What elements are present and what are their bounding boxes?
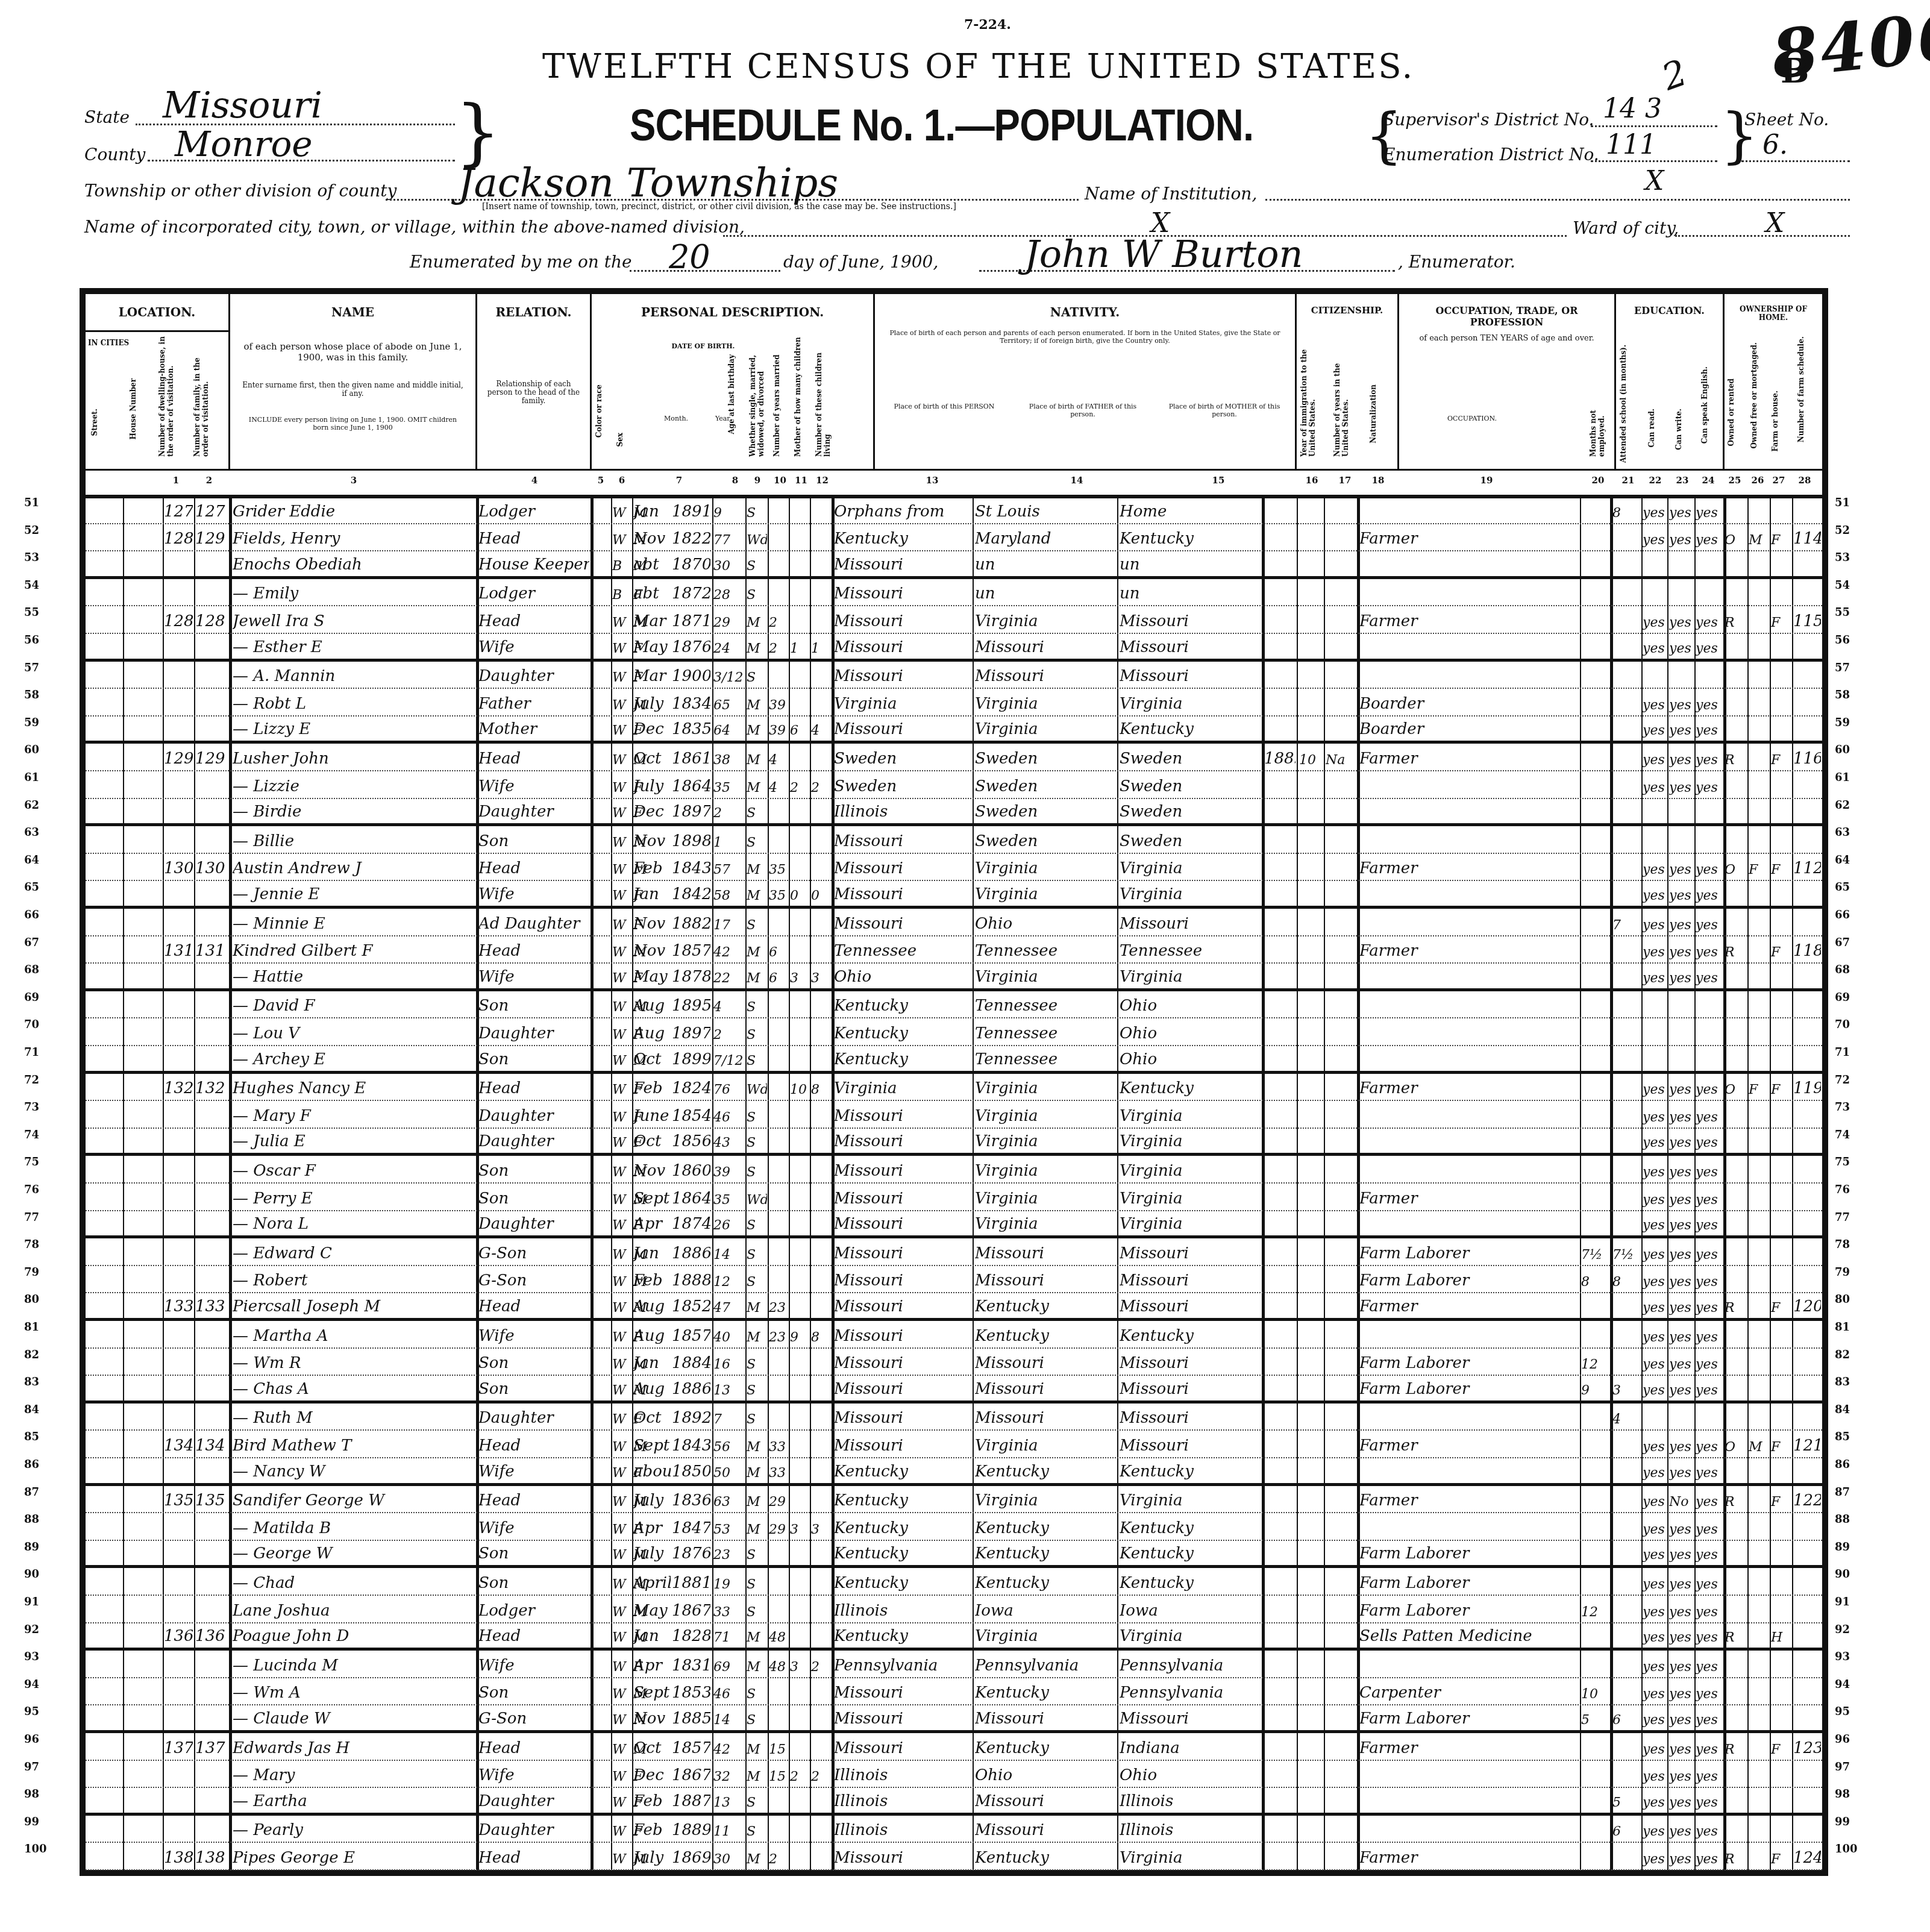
cell-yr: 1861 — [672, 744, 710, 770]
cell-sch — [1612, 1293, 1640, 1318]
cell-yus — [1299, 799, 1323, 824]
cell-fh — [1771, 1761, 1791, 1787]
line-number: 61 — [24, 771, 39, 784]
cell-fbp: Maryland — [975, 524, 1116, 551]
cell-fm — [1749, 1266, 1769, 1293]
line-number: 68 — [24, 964, 39, 976]
cell-fam — [195, 579, 228, 606]
cell-sch: 3 — [1612, 1376, 1640, 1400]
cell-rd: yes — [1643, 881, 1667, 906]
cell-mar: M — [747, 1293, 767, 1318]
cell-own — [1725, 1458, 1746, 1483]
cell-rd: yes — [1643, 497, 1667, 523]
cell-mo_ch — [790, 579, 809, 606]
cell-liv — [811, 579, 830, 606]
cell-nat — [1326, 1101, 1356, 1128]
cell-rel: Head — [478, 524, 589, 551]
cell-sch — [1612, 799, 1640, 824]
cell-yr: 1857 — [672, 1321, 710, 1347]
table-row: 127127Grider EddieLodgerWMJan18919SOrpha… — [86, 497, 1822, 524]
table-row: — Edward CG-SonWMJan188614SMissouriMisso… — [86, 1238, 1822, 1266]
cell-occ — [1359, 579, 1579, 606]
cell-name: — Julia E — [233, 1129, 474, 1153]
cell-fbp: Virginia — [975, 1184, 1116, 1210]
cell-fm — [1749, 1238, 1769, 1265]
cell-own — [1725, 1046, 1746, 1071]
cell-col: W — [612, 1129, 631, 1153]
cell-fh — [1771, 909, 1791, 935]
cell-fh — [1771, 1046, 1791, 1071]
line-number: 80 — [1835, 1293, 1850, 1306]
cell-dw — [164, 717, 193, 741]
cell-yr: 1864 — [672, 1184, 710, 1210]
cell-en: yes — [1696, 1816, 1722, 1842]
cell-unemp — [1581, 936, 1609, 963]
cell-col: W — [612, 1486, 631, 1513]
cell-bp: Illinois — [834, 1788, 971, 1813]
cell-yus — [1299, 1018, 1323, 1045]
cell-col: W — [612, 854, 631, 880]
cell-bp: Missouri — [834, 634, 971, 659]
cell-mar: S — [747, 909, 767, 935]
line-number: 71 — [1835, 1046, 1850, 1059]
cell-nat — [1326, 1184, 1356, 1210]
cell-liv — [811, 662, 830, 688]
cell-dw — [164, 909, 193, 935]
cell-fm — [1749, 1458, 1769, 1483]
cell-occ: Farmer — [1359, 1184, 1579, 1210]
cell-liv: 3 — [811, 1513, 830, 1540]
cell-fh — [1771, 1349, 1791, 1375]
cell-fam: 129 — [195, 744, 228, 770]
cell-own — [1725, 634, 1746, 659]
cell-occ: Farm Laborer — [1359, 1266, 1579, 1293]
cell-imm — [1264, 551, 1296, 576]
cell-name: Austin Andrew J — [233, 854, 474, 880]
cell-occ: Farmer — [1359, 524, 1579, 551]
cell-mbp: Sweden — [1120, 799, 1261, 824]
cell-nat — [1326, 1596, 1356, 1622]
cell-rel: Son — [478, 1376, 589, 1400]
line-number: 99 — [1835, 1816, 1850, 1828]
cell-wr: yes — [1669, 964, 1693, 988]
table-row: Lane JoshuaLodgerWMMay186733SIllinoisIow… — [86, 1596, 1822, 1623]
cell-mo_ch — [790, 854, 809, 880]
cell-rd: yes — [1643, 1211, 1667, 1236]
line-number: 61 — [1835, 771, 1850, 784]
cell-rel: Son — [478, 1046, 589, 1071]
cell-fam: 127 — [195, 497, 228, 523]
cell-fm: F — [1749, 854, 1769, 880]
cell-sch: 6 — [1612, 1705, 1640, 1730]
table-row: — Wm ASonWMSept185346SMissouriKentuckyPe… — [86, 1678, 1822, 1706]
cell-age: 76 — [713, 1074, 745, 1100]
cell-dw — [164, 991, 193, 1018]
cell-col: W — [612, 1349, 631, 1375]
cell-mbp: Missouri — [1120, 1431, 1261, 1457]
cell-mar: S — [747, 991, 767, 1018]
cell-mar: S — [747, 1678, 767, 1705]
line-number: 79 — [24, 1266, 39, 1279]
cell-fs — [1793, 551, 1821, 576]
cell-wr: yes — [1669, 689, 1693, 715]
cell-yr: 1886 — [672, 1376, 710, 1400]
cell-ym — [769, 1376, 788, 1400]
cell-fh — [1771, 964, 1791, 988]
cell-yus — [1299, 964, 1323, 988]
cell-yus — [1299, 1046, 1323, 1071]
cell-sch — [1612, 1761, 1640, 1787]
cell-mbp: Kentucky — [1120, 1458, 1261, 1483]
cell-fh — [1771, 1513, 1791, 1540]
cell-ym: 15 — [769, 1733, 788, 1760]
cell-fh — [1771, 1705, 1791, 1730]
cell-liv — [811, 1101, 830, 1128]
cell-fam — [195, 1184, 228, 1210]
table-row: — Esther EWifeWFMay187624M211MissouriMis… — [86, 634, 1822, 662]
cell-en: yes — [1696, 1541, 1722, 1566]
cell-bp: Virginia — [834, 1074, 971, 1100]
cell-nat — [1326, 1788, 1356, 1813]
cell-unemp — [1581, 1129, 1609, 1153]
cell-yus — [1299, 1211, 1323, 1236]
cell-fbp: Kentucky — [975, 1678, 1116, 1705]
table-row: — Julia EDaughterWFOct185643SMissouriVir… — [86, 1129, 1822, 1156]
line-number: 72 — [1835, 1074, 1850, 1087]
cell-col: W — [612, 717, 631, 741]
line-number: 91 — [24, 1596, 39, 1608]
line-number: 95 — [24, 1705, 39, 1718]
cell-mar: S — [747, 1705, 767, 1730]
cell-fs: 112 — [1793, 854, 1821, 880]
cell-bp: Illinois — [834, 1816, 971, 1842]
cell-ym: 2 — [769, 1843, 788, 1869]
cell-sch — [1612, 1431, 1640, 1457]
cell-fs — [1793, 1596, 1821, 1622]
cell-dw — [164, 689, 193, 715]
cell-nat — [1326, 689, 1356, 715]
cell-fh — [1771, 991, 1791, 1018]
cell-fh: F — [1771, 1486, 1791, 1513]
cell-wr: yes — [1669, 936, 1693, 963]
cell-nat — [1326, 1733, 1356, 1760]
cell-own: R — [1725, 744, 1746, 770]
cell-fh — [1771, 579, 1791, 606]
cell-sch — [1612, 1513, 1640, 1540]
cell-fh — [1771, 1568, 1791, 1595]
cell-mar: M — [747, 881, 767, 906]
cell-fbp: Kentucky — [975, 1458, 1116, 1483]
cell-imm — [1264, 1101, 1296, 1128]
cell-age: 12 — [713, 1266, 745, 1293]
cell-fam: 137 — [195, 1733, 228, 1760]
cell-yr: 1860 — [672, 1156, 710, 1182]
cell-nat — [1326, 717, 1356, 741]
line-number: 77 — [24, 1211, 39, 1224]
cell-wr: yes — [1669, 1733, 1693, 1760]
cell-fs — [1793, 1705, 1821, 1730]
cell-age: 69 — [713, 1651, 745, 1677]
cell-bp: Missouri — [834, 606, 971, 633]
cell-bp: Kentucky — [834, 1541, 971, 1566]
cell-nat — [1326, 1761, 1356, 1787]
cell-rel: Son — [478, 1184, 589, 1210]
cell-mbp: un — [1120, 579, 1261, 606]
cell-occ: Sells Patten Medicine — [1359, 1623, 1579, 1648]
table-row: — EmilyLodgerBFabt187228SMissouriunun — [86, 579, 1822, 607]
cell-yus — [1299, 606, 1323, 633]
cell-fs: 123 — [1793, 1733, 1821, 1760]
cell-mo_ch: 3 — [790, 964, 809, 988]
cell-wr: yes — [1669, 1596, 1693, 1622]
cell-fs — [1793, 1211, 1821, 1236]
cell-ym — [769, 1349, 788, 1375]
cell-nat — [1326, 1321, 1356, 1347]
cell-bp: Pennsylvania — [834, 1651, 971, 1677]
cell-dw: 128 — [164, 606, 193, 633]
cell-mo: Mar — [633, 606, 671, 633]
cell-own: O — [1725, 1074, 1746, 1100]
cell-fbp: Missouri — [975, 1816, 1116, 1842]
cell-yus — [1299, 1651, 1323, 1677]
line-number: 66 — [1835, 909, 1850, 921]
cell-fs — [1793, 799, 1821, 824]
cell-mo_ch: 0 — [790, 881, 809, 906]
cell-liv — [811, 1541, 830, 1566]
cell-ym — [769, 1788, 788, 1813]
cell-col: W — [612, 1458, 631, 1483]
cell-occ — [1359, 1018, 1579, 1045]
cell-dw: 130 — [164, 854, 193, 880]
line-number: 94 — [1835, 1678, 1850, 1691]
cell-mo_ch — [790, 1129, 809, 1153]
cell-nat — [1326, 771, 1356, 798]
cell-imm — [1264, 1513, 1296, 1540]
cell-mo_ch: 3 — [790, 1651, 809, 1677]
cell-wr: yes — [1669, 1074, 1693, 1100]
cell-name: Poague John D — [233, 1623, 474, 1648]
table-row: — BillieSonWMNov18981SMissouriSwedenSwed… — [86, 826, 1822, 854]
supervisor-value: 14 3 — [1603, 93, 1662, 124]
cell-bp: Missouri — [834, 1404, 971, 1430]
cell-dw — [164, 1018, 193, 1045]
cell-sch — [1612, 1046, 1640, 1071]
cell-fbp: Sweden — [975, 826, 1116, 853]
cell-rel: Wife — [478, 1761, 589, 1787]
cell-mar: M — [747, 606, 767, 633]
table-row: — Nora LDaughterWFApr187426SMissouriVirg… — [86, 1211, 1822, 1239]
line-number: 70 — [24, 1018, 39, 1031]
cell-ym — [769, 1101, 788, 1128]
cell-sch: 4 — [1612, 1404, 1640, 1430]
cell-unemp: 5 — [1581, 1705, 1609, 1730]
cell-fam — [195, 717, 228, 741]
cell-rd: yes — [1643, 606, 1667, 633]
cell-fh — [1771, 1211, 1791, 1236]
cell-mo: Dec — [633, 799, 671, 824]
cell-mar: S — [747, 1816, 767, 1842]
cell-en: yes — [1696, 1349, 1722, 1375]
line-number: 87 — [24, 1486, 39, 1499]
cell-mbp: Missouri — [1120, 662, 1261, 688]
cell-name: — Robert — [233, 1266, 474, 1293]
cell-unemp — [1581, 1761, 1609, 1787]
cell-mar: S — [747, 826, 767, 853]
cell-rd: yes — [1643, 1761, 1667, 1787]
cell-fs — [1793, 1761, 1821, 1787]
cell-rd: yes — [1643, 1513, 1667, 1540]
cell-fh: F — [1771, 854, 1791, 880]
cell-fm: F — [1749, 1074, 1769, 1100]
cell-fm — [1749, 1733, 1769, 1760]
cell-mar: S — [747, 1404, 767, 1430]
cell-unemp — [1581, 497, 1609, 523]
cell-fm — [1749, 799, 1769, 824]
cell-yus — [1299, 524, 1323, 551]
cell-age: 7/12 — [713, 1046, 745, 1071]
cell-wr: yes — [1669, 1651, 1693, 1677]
cell-age: 17 — [713, 909, 745, 935]
cell-liv — [811, 1816, 830, 1842]
cell-mar: Wd — [747, 524, 767, 551]
cell-age: 13 — [713, 1788, 745, 1813]
cell-occ: Farmer — [1359, 606, 1579, 633]
table-row: — Lizzy EMotherWFDec183564M3964MissouriV… — [86, 717, 1822, 744]
cell-en: yes — [1696, 1266, 1722, 1293]
cell-col: W — [612, 662, 631, 688]
cell-fam — [195, 1266, 228, 1293]
table-row: — Archey ESonWMOct18997/12SKentuckyTenne… — [86, 1046, 1822, 1074]
cell-mar: M — [747, 717, 767, 741]
cell-en: yes — [1696, 1074, 1722, 1100]
cell-wr — [1669, 1404, 1693, 1430]
enumerated-suffix: day of June, 1900, — [783, 252, 938, 272]
cell-own — [1725, 799, 1746, 824]
cell-nat — [1326, 1293, 1356, 1318]
nativity-header: NATIVITY. Place of birth of each person … — [875, 294, 1297, 469]
cell-own — [1725, 1761, 1746, 1787]
cell-sch — [1612, 606, 1640, 633]
table-row: 133133Piercsall Joseph MHeadWMAug185247M… — [86, 1293, 1822, 1321]
population-table: LOCATION. IN CITIES NAME of each person … — [80, 288, 1828, 1876]
cell-age: 42 — [713, 1733, 745, 1760]
cell-unemp — [1581, 1513, 1609, 1540]
table-row: Enochs ObediahHouse KeeperBMabt187030SMi… — [86, 551, 1822, 579]
cell-nat — [1326, 1816, 1356, 1842]
cell-col: W — [612, 1238, 631, 1265]
cell-ym: 33 — [769, 1458, 788, 1483]
cell-unemp — [1581, 1321, 1609, 1347]
table-row: 136136Poague John DHeadWMJan182871M48Ken… — [86, 1623, 1822, 1651]
cell-mo_ch — [790, 1211, 809, 1236]
cell-en: yes — [1696, 1843, 1722, 1869]
cell-wr — [1669, 1046, 1693, 1071]
cell-age: 28 — [713, 579, 745, 606]
cell-wr: No — [1669, 1486, 1693, 1513]
cell-bp: Virginia — [834, 689, 971, 715]
cell-age: 14 — [713, 1705, 745, 1730]
cell-mo: Feb — [633, 1816, 671, 1842]
cell-dw — [164, 1761, 193, 1787]
cell-imm — [1264, 1238, 1296, 1265]
line-number: 53 — [1835, 551, 1850, 564]
cell-rd: yes — [1643, 936, 1667, 963]
cell-fh — [1771, 497, 1791, 523]
cell-yr: 1898 — [672, 826, 710, 853]
cell-mar: Wd — [747, 1074, 767, 1100]
cell-yr: 1857 — [672, 1733, 710, 1760]
cell-occ: Farmer — [1359, 1733, 1579, 1760]
cell-unemp — [1581, 1788, 1609, 1813]
cell-age: 16 — [713, 1349, 745, 1375]
cell-fs — [1793, 662, 1821, 688]
cell-rel: Head — [478, 854, 589, 880]
cell-dw — [164, 1101, 193, 1128]
cell-col: W — [612, 1568, 631, 1595]
cell-liv: 2 — [811, 1761, 830, 1787]
cell-wr — [1669, 1018, 1693, 1045]
cell-sch — [1612, 1184, 1640, 1210]
cell-yr: 1897 — [672, 1018, 710, 1045]
cell-imm — [1264, 964, 1296, 988]
cell-fam — [195, 634, 228, 659]
cell-fbp: Kentucky — [975, 1568, 1116, 1595]
cell-age: 38 — [713, 744, 745, 770]
cell-rel: Son — [478, 1568, 589, 1595]
cell-rel: Head — [478, 1074, 589, 1100]
cell-bp: Kentucky — [834, 1018, 971, 1045]
cell-mo: Oct — [633, 1046, 671, 1071]
cell-fbp: Ohio — [975, 909, 1116, 935]
cell-mo: June — [633, 1101, 671, 1128]
line-number: 55 — [24, 606, 39, 619]
cell-age: 33 — [713, 1596, 745, 1622]
cell-sch — [1612, 771, 1640, 798]
cell-unemp — [1581, 1651, 1609, 1677]
cell-fam — [195, 1651, 228, 1677]
cell-sch — [1612, 1458, 1640, 1483]
cell-unemp — [1581, 606, 1609, 633]
cell-mo: Oct — [633, 1404, 671, 1430]
cell-fs — [1793, 771, 1821, 798]
cell-fh: F — [1771, 936, 1791, 963]
table-row: 130130Austin Andrew JHeadWMFeb184357M35M… — [86, 854, 1822, 882]
cell-mo_ch — [790, 1458, 809, 1483]
cell-yus — [1299, 1266, 1323, 1293]
cell-unemp — [1581, 1843, 1609, 1869]
cell-rd: yes — [1643, 1101, 1667, 1128]
cell-fh — [1771, 551, 1791, 576]
line-number: 93 — [1835, 1651, 1850, 1663]
cell-wr: yes — [1669, 1623, 1693, 1648]
cell-mbp: Illinois — [1120, 1816, 1261, 1842]
line-number: 57 — [1835, 662, 1850, 674]
cell-nat — [1326, 497, 1356, 523]
cell-fam — [195, 1458, 228, 1483]
sheet-label: Sheet No. — [1744, 110, 1829, 130]
cell-yus — [1299, 579, 1323, 606]
cell-fs — [1793, 497, 1821, 523]
cell-age: 42 — [713, 936, 745, 963]
cell-fh — [1771, 1816, 1791, 1842]
cell-fam — [195, 551, 228, 576]
cell-yr: 1874 — [672, 1211, 710, 1236]
cell-imm — [1264, 826, 1296, 853]
cell-mar: M — [747, 936, 767, 963]
cell-mbp: Virginia — [1120, 689, 1261, 715]
cell-age: 46 — [713, 1101, 745, 1128]
cell-name: — Wm A — [233, 1678, 474, 1705]
